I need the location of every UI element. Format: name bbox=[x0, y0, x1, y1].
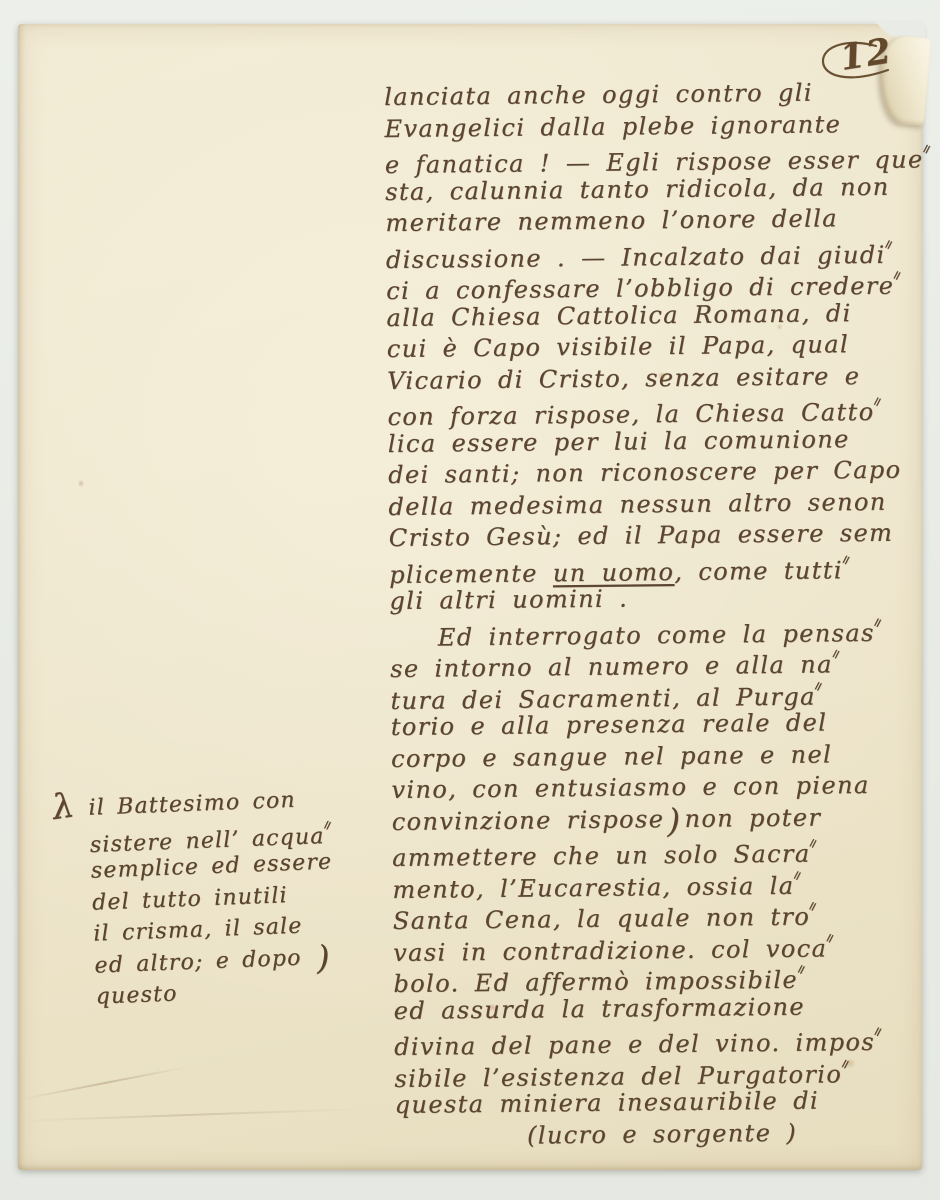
insertion-mark-icon: ) bbox=[667, 800, 682, 839]
manuscript-line: divina del pane e del vino. impos= bbox=[394, 1021, 928, 1058]
manuscript-line: con forza rispose, la Chiesa Catto= bbox=[387, 391, 921, 428]
scan-background: 12 lanciata anche oggi contro gliEvangel… bbox=[0, 0, 940, 1200]
paper-stain bbox=[657, 372, 667, 380]
paper-stain bbox=[843, 1059, 857, 1068]
paper-crease bbox=[18, 1108, 358, 1121]
main-text-column: lanciata anche oggi contro gliEvangelici… bbox=[384, 76, 929, 1153]
manuscript-page: 12 lanciata anche oggi contro gliEvangel… bbox=[18, 24, 922, 1170]
manuscript-line: vino, con entusiasmo e con piena bbox=[391, 769, 925, 806]
margin-note-lines: il Battesimo consistere nell’ acqua=semp… bbox=[88, 783, 406, 1015]
paper-stain bbox=[78, 479, 84, 488]
manuscript-line: dei santi; non riconoscere per Capo bbox=[388, 454, 922, 491]
manuscript-line: plicemente un uomo, come tutti= bbox=[389, 549, 923, 586]
insertion-mark-icon: ) bbox=[316, 937, 332, 977]
manuscript-line: ci a confessare l’obbligo di credere= bbox=[386, 265, 920, 302]
manuscript-line: se intorno al numero e alla na= bbox=[390, 643, 924, 680]
manuscript-line: (lucro e sorgente ) bbox=[395, 1116, 929, 1153]
manuscript-line: sta, calunnia tanto ridicola, da non bbox=[385, 171, 919, 208]
paper-stain bbox=[488, 1004, 497, 1011]
manuscript-line: Cristo Gesù; ed il Papa essere sem bbox=[389, 517, 923, 554]
insertion-mark-icon: λ bbox=[51, 792, 77, 822]
paper-crease bbox=[21, 1066, 188, 1100]
manuscript-line: e fanatica ! — Egli rispose esser que= bbox=[385, 139, 919, 176]
paper-stain bbox=[776, 324, 783, 330]
underlined-phrase: un uomo bbox=[553, 557, 675, 586]
manuscript-line: cui è Capo visibile il Papa, qual bbox=[387, 328, 921, 365]
page-number-value: 12 bbox=[837, 30, 895, 79]
margin-note: λ il Battesimo consistere nell’ acqua=se… bbox=[54, 783, 406, 1017]
